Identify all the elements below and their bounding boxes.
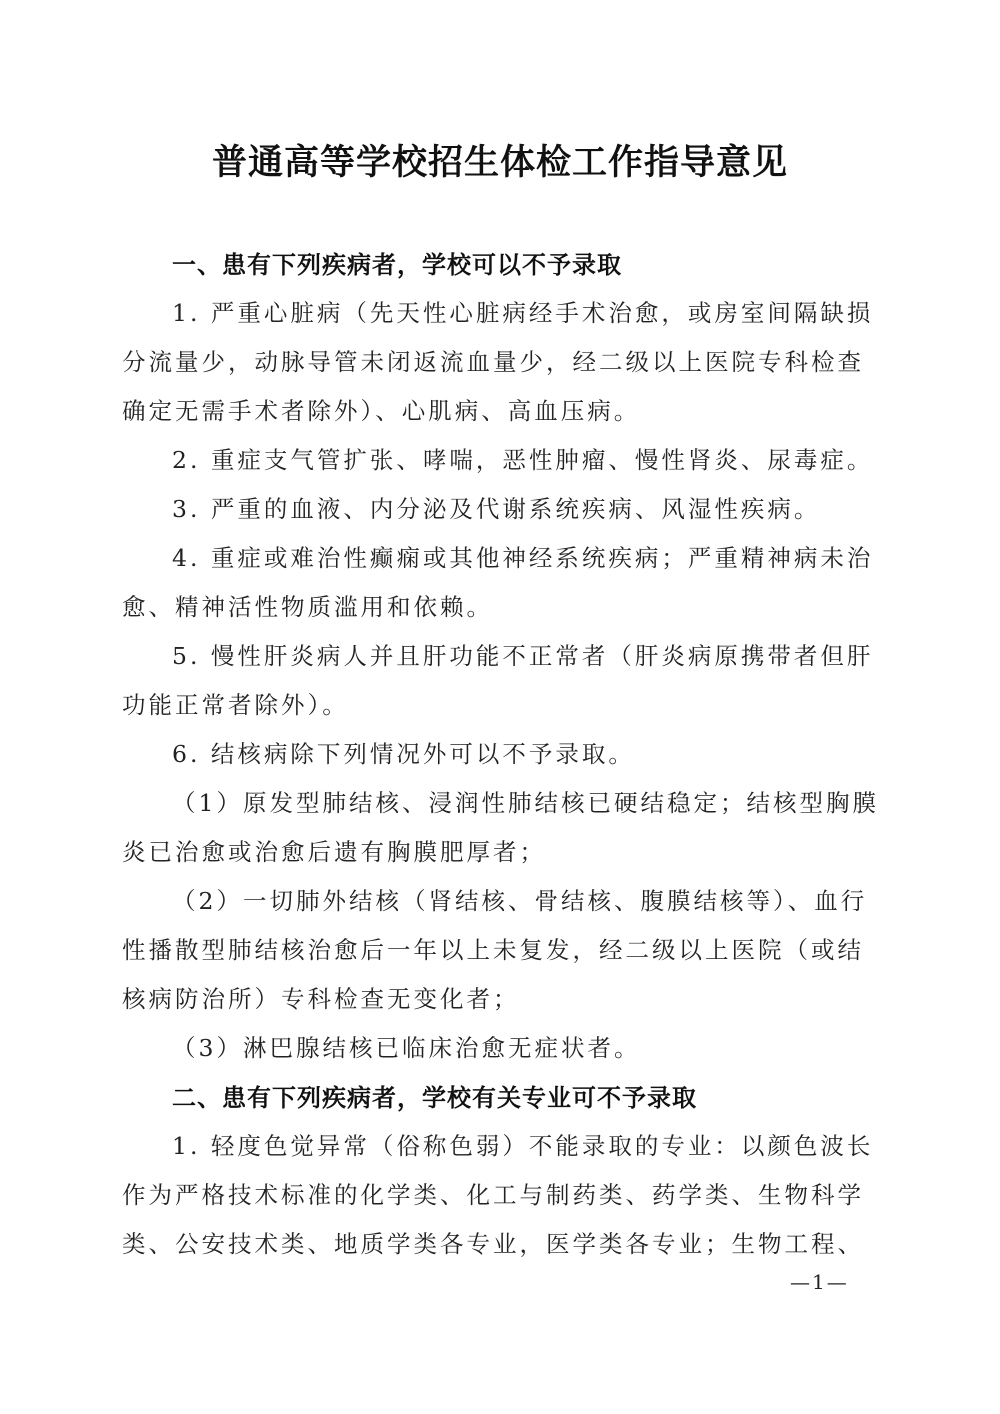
paragraph-line: （3）淋巴腺结核已临床治愈无症状者。 [172,1029,640,1063]
paragraph-line: 愈、精神活性物质滥用和依赖。 [122,588,493,622]
section-2-heading: 二、患有下列疾病者，学校有关专业可不予录取 [172,1078,697,1113]
document-title: 普通高等学校招生体检工作指导意见 [0,135,1000,185]
paragraph-line: 类、公安技术类、地质学类各专业，医学类各专业；生物工程、 [122,1225,864,1259]
paragraph-line: 5. 慢性肝炎病人并且肝功能不正常者（肝炎病原携带者但肝 [172,637,873,671]
paragraph-line: 核病防治所）专科检查无变化者； [122,980,520,1014]
paragraph-line: 3. 严重的血液、内分泌及代谢系统疾病、风湿性疾病。 [172,490,820,524]
paragraph-line: 4. 重症或难治性癫痫或其他神经系统疾病；严重精神病未治 [172,539,873,573]
paragraph-line: （2）一切肺外结核（肾结核、骨结核、腹膜结核等）、血行 [172,882,867,916]
paragraph-line: （1）原发型肺结核、浸润性肺结核已硬结稳定；结核型胸膜 [172,784,879,818]
paragraph-line: 2. 重症支气管扩张、哮喘，恶性肿瘤、慢性肾炎、尿毒症。 [172,441,873,475]
paragraph-line: 6. 结核病除下列情况外可以不予录取。 [172,735,635,769]
paragraph-line: 功能正常者除外）。 [122,686,349,720]
paragraph-line: 作为严格技术标准的化学类、化工与制药类、药学类、生物科学 [122,1176,864,1210]
paragraph-line: 确定无需手术者除外）、心肌病、高血压病。 [122,392,640,426]
paragraph-line: 1. 轻度色觉异常（俗称色弱）不能录取的专业：以颜色波长 [172,1127,873,1161]
page-number: —1— [790,1270,849,1294]
paragraph-line: 分流量少，动脉导管未闭返流血量少，经二级以上医院专科检查 [122,343,864,377]
paragraph-line: 性播散型肺结核治愈后一年以上未复发，经二级以上医院（或结 [122,931,864,965]
paragraph-line: 1. 严重心脏病（先天性心脏病经手术治愈，或房室间隔缺损 [172,294,873,328]
section-1-heading: 一、患有下列疾病者，学校可以不予录取 [172,245,622,280]
document-page: 普通高等学校招生体检工作指导意见 一、患有下列疾病者，学校可以不予录取 1. 严… [0,0,1000,1414]
paragraph-line: 炎已治愈或治愈后遗有胸膜肥厚者； [122,833,546,867]
